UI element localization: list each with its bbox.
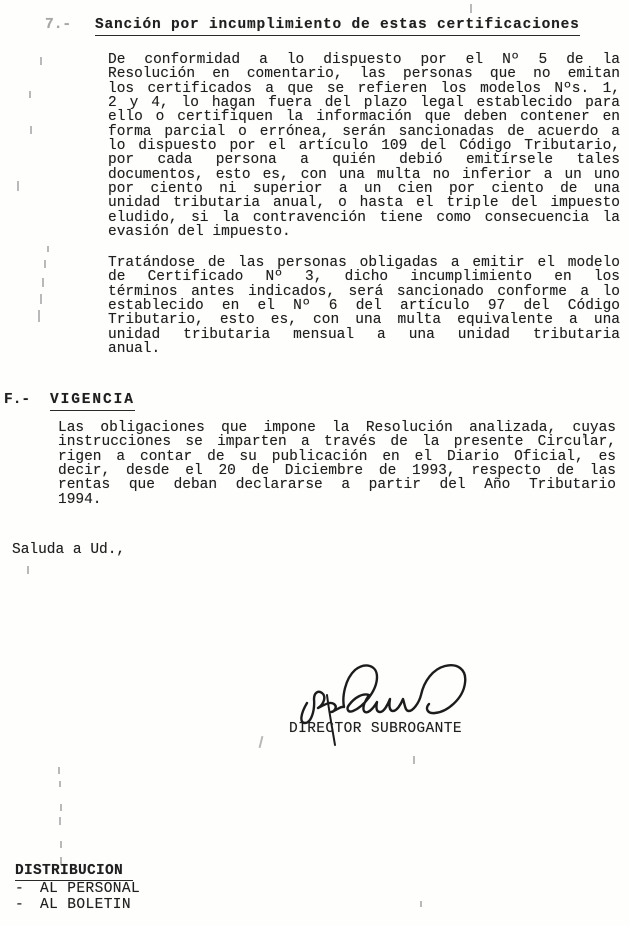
text-line: Resolución en comentario, las personas q… — [108, 67, 620, 81]
scan-artifact — [413, 756, 415, 764]
text-line: unidad tributaria mensual a una unidad t… — [108, 328, 620, 342]
section-title: VIGENCIA — [50, 392, 135, 411]
scan-artifact — [58, 767, 60, 774]
text-line: los certificados a que se refieren los m… — [108, 82, 620, 96]
section-number: 7.- — [45, 17, 95, 34]
text-line: unidad tributaria anual, o hasta el trip… — [108, 196, 620, 210]
document-page: 7.-Sanción por incumplimiento de estas c… — [0, 0, 629, 926]
scan-artifact — [29, 91, 31, 98]
text-line: 1994. — [58, 493, 616, 507]
scan-artifact — [30, 126, 32, 134]
scan-artifact — [59, 817, 61, 825]
scan-artifact — [40, 294, 42, 304]
distribution-header: DISTRIBUCION — [15, 863, 133, 879]
text-line: términos antes indicados, será sancionad… — [108, 285, 620, 299]
text-line: rentas que deban declararse a partir del… — [58, 478, 616, 492]
section-title: Sanción por incumplimiento de estas cert… — [95, 17, 580, 36]
distribution-title: DISTRIBUCION — [15, 863, 133, 881]
text-line: por cada persona a quién debió emitírsel… — [108, 153, 620, 167]
scan-artifact — [420, 901, 422, 907]
scan-artifact — [42, 278, 44, 287]
scan-artifact — [44, 260, 46, 268]
scan-artifact — [47, 246, 49, 252]
scan-artifact — [60, 804, 62, 811]
scan-artifact — [60, 857, 62, 865]
text-line: instrucciones se imparten a través de la… — [58, 435, 616, 449]
text-line: anual. — [108, 342, 620, 356]
body-paragraph: Tratándose de las personas obligadas a e… — [108, 256, 620, 356]
distribution-item-label: AL PERSONAL — [40, 881, 140, 897]
bullet-dash: - — [15, 881, 40, 897]
scan-artifact — [38, 310, 40, 322]
scan-artifact — [259, 736, 264, 748]
scan-artifact — [40, 57, 42, 65]
scan-artifact — [470, 4, 472, 13]
section-7-header: 7.-Sanción por incumplimiento de estas c… — [45, 17, 580, 34]
distribution-item: -AL BOLETIN — [15, 897, 131, 913]
distribution-item: -AL PERSONAL — [15, 881, 140, 897]
bullet-dash: - — [15, 897, 40, 913]
text-line: evasión del impuesto. — [108, 225, 620, 239]
text-line: ello o certifiquen la información que de… — [108, 110, 620, 124]
section-number: F.- — [4, 392, 50, 409]
scan-artifact — [27, 566, 29, 574]
text-line: forma parcial o errónea, serán sancionad… — [108, 125, 620, 139]
scan-artifact — [60, 841, 62, 848]
body-paragraph: De conformidad a lo dispuesto por el Nº … — [108, 53, 620, 239]
text-line: de Certificado Nº 3, dicho incumplimient… — [108, 270, 620, 284]
scan-artifact — [17, 181, 19, 191]
closing-salutation: Saluda a Ud., — [12, 542, 125, 558]
scan-artifact — [583, 433, 585, 438]
body-paragraph: Las obligaciones que impone la Resolució… — [58, 421, 616, 507]
scan-artifact — [59, 781, 61, 787]
text-line: rigen a contar de su publicación en el D… — [58, 450, 616, 464]
text-line: Tributario, esto es, con una multa equiv… — [108, 313, 620, 327]
section-f-header: F.-VIGENCIA — [4, 392, 135, 409]
text-line: eludido, si la contravención tiene como … — [108, 211, 620, 225]
signature-title: DIRECTOR SUBROGANTE — [289, 721, 462, 737]
distribution-item-label: AL BOLETIN — [40, 897, 131, 913]
text-line: documentos, esto es, con una multa no in… — [108, 168, 620, 182]
